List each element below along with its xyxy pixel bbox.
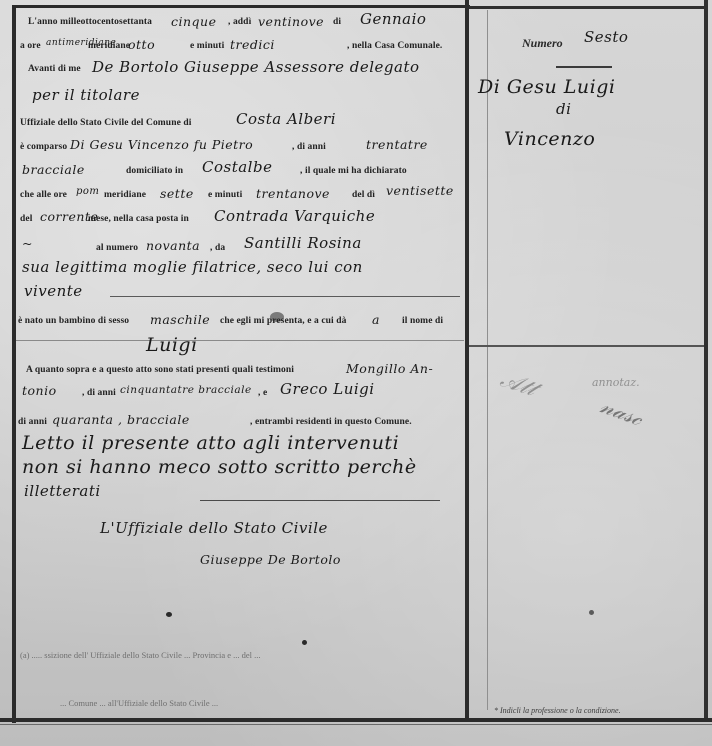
printed-text: , addì	[228, 17, 251, 27]
printed-text: Uffiziale dello Stato Civile del Comune …	[20, 118, 192, 128]
handwritten-entry: vivente	[24, 282, 83, 300]
printed-text: al numero	[96, 243, 138, 253]
printed-text: meridiane	[88, 41, 130, 51]
right-border	[704, 0, 708, 722]
handwritten-entry: non si hanno meco sotto scritto perchè	[22, 456, 417, 478]
handwritten-entry: otto	[128, 37, 155, 52]
ink-blot	[270, 312, 284, 322]
fill-line	[110, 296, 460, 297]
entry-number: Sesto	[584, 28, 628, 46]
faint-footer-text: (a) ..... ssizione dell' Uffiziale dello…	[20, 650, 261, 660]
printed-text: , di anni	[292, 142, 326, 152]
bottom-border-thin	[0, 724, 712, 725]
handwritten-entry: per il titolare	[32, 86, 140, 104]
numero-label: Numero	[522, 36, 563, 51]
handwritten-entry: novanta	[146, 238, 200, 253]
printed-text: , il quale mi ha dichiarato	[300, 166, 407, 176]
side-column-inner-rule	[487, 10, 488, 710]
handwritten-entry: bracciale	[22, 162, 85, 177]
handwritten-entry: , bracciale	[118, 412, 190, 427]
handwritten-entry: quaranta	[52, 412, 113, 427]
handwritten-flourish: ~	[22, 236, 33, 251]
printed-text: , di anni	[82, 388, 116, 398]
father-name: Vincenzo	[504, 128, 595, 150]
printed-text: , entrambi residenti in questo Comune.	[250, 417, 412, 427]
handwritten-entry: a	[372, 312, 380, 327]
ink-spot	[302, 640, 307, 645]
printed-text: che alle ore	[20, 190, 67, 200]
handwritten-entry: ventinove	[258, 14, 324, 29]
handwritten-entry: cinque	[171, 14, 217, 29]
fill-line	[200, 500, 440, 501]
side-column-top-rule	[469, 6, 704, 9]
printed-text: e minuti	[208, 190, 242, 200]
printed-text: il nome di	[402, 316, 443, 326]
handwritten-entry: cinquantatre bracciale	[120, 384, 252, 396]
handwritten-entry: Santilli Rosina	[244, 234, 362, 252]
child-name: Luigi	[146, 334, 198, 356]
registrant-name-of: di	[556, 100, 571, 118]
printed-text: Avanti di me	[28, 64, 81, 74]
handwritten-entry: trentanove	[256, 186, 330, 201]
handwritten-entry: sua legittima moglie filatrice, seco lui…	[22, 258, 363, 276]
handwritten-entry: tonio	[22, 383, 57, 398]
handwritten-entry: De Bortolo Giuseppe Assessore delegato	[92, 58, 420, 76]
printed-text: del	[20, 214, 32, 224]
side-column-divider	[469, 345, 704, 347]
handwritten-entry: ventisette	[386, 183, 454, 198]
printed-text: A quanto sopra e a questo atto sono stat…	[26, 365, 294, 375]
handwritten-entry: Contrada Varquiche	[214, 207, 375, 225]
faint-stamp-text: annotaz.	[592, 376, 640, 389]
officer-title-signature: L'Uffiziale dello Stato Civile	[100, 519, 328, 537]
separator-dash	[556, 66, 612, 68]
handwritten-entry: Greco Luigi	[280, 380, 375, 398]
printed-text: è comparso	[20, 142, 67, 152]
printed-text: è nato un bambino di sesso	[18, 316, 129, 326]
bottom-border	[0, 718, 712, 722]
handwritten-entry: maschile	[150, 312, 210, 327]
printed-text: , e	[258, 388, 267, 398]
ink-spot	[166, 612, 172, 617]
printed-text: e minuti	[190, 41, 224, 51]
handwritten-entry: tredici	[230, 37, 275, 52]
faint-footer-text: ... Comune ... all'Uffiziale dello Stato…	[60, 698, 218, 708]
handwritten-entry: Gennaio	[360, 10, 426, 28]
officer-signature: Giuseppe De Bortolo	[200, 552, 341, 567]
printed-text: di	[333, 17, 341, 27]
registrant-name: Di Gesu Luigi	[478, 76, 615, 98]
printed-text: meridiane	[104, 190, 146, 200]
handwritten-entry: Letto il presente atto agli intervenuti	[22, 432, 399, 454]
handwritten-entry: Costa Alberi	[236, 110, 336, 128]
printed-text: , nella Casa Comunale.	[347, 41, 442, 51]
printed-text: a ore	[20, 41, 41, 51]
printed-text: di anni	[18, 417, 47, 427]
handwritten-entry: sette	[160, 186, 194, 201]
footnote: * Indicli la professione o la condizione…	[494, 706, 621, 715]
printed-text: , da	[210, 243, 225, 253]
handwritten-entry: Costalbe	[202, 158, 272, 176]
handwritten-entry: Mongillo An-	[346, 361, 433, 376]
handwritten-entry: illetterati	[24, 482, 101, 500]
handwritten-entry: trentatre	[366, 137, 428, 152]
handwritten-entry: Di Gesu Vincenzo fu Pietro	[70, 137, 253, 152]
ink-spot	[589, 610, 594, 615]
printed-text: mese, nella casa posta in	[88, 214, 189, 224]
printed-text: del dì	[352, 190, 375, 200]
handwritten-entry: pom	[76, 186, 99, 197]
printed-text: L'anno milleottocentosettanta	[28, 17, 152, 27]
section-rule	[16, 340, 464, 341]
column-divider	[465, 0, 469, 722]
printed-text: domiciliato in	[126, 166, 183, 176]
